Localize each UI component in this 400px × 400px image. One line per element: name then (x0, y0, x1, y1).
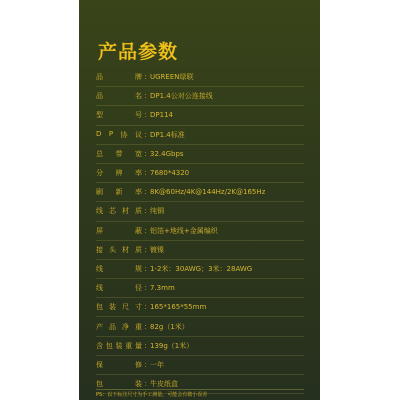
spec-label: 产品净重 (96, 322, 144, 332)
spec-label: 刷新率 (96, 187, 144, 197)
spec-label: DP协议 (96, 130, 144, 140)
divider (96, 389, 304, 390)
spec-value: 165*165*55mm (150, 303, 304, 311)
spec-row: 保修：一年 (96, 356, 304, 375)
spec-label: 品牌 (96, 72, 144, 82)
spec-row: 含包装重量：139g（1米） (96, 337, 304, 356)
spec-row: 型号：DP114 (96, 106, 304, 125)
spec-value: 8K@60Hz/4K@144Hz/2K@165Hz (150, 188, 304, 196)
spec-row: 品名：DP1.4公对公连接线 (96, 87, 304, 106)
spec-label: 含包装重量 (96, 341, 144, 351)
spec-label: 保修 (96, 360, 144, 370)
spec-table: 品牌：UGREEN绿联品名：DP1.4公对公连接线型号：DP114DP协议：DP… (96, 68, 304, 394)
spec-row: 线芯材质：纯铜 (96, 202, 304, 221)
spec-row: 总带宽：32.4Gbps (96, 145, 304, 164)
spec-value: 7680*4320 (150, 169, 304, 177)
spec-row: DP协议：DP1.4标准 (96, 126, 304, 145)
spec-row: 屏蔽：铝箔+地线+金属编织 (96, 222, 304, 241)
product-spec-panel: 产品参数 品牌：UGREEN绿联品名：DP1.4公对公连接线型号：DP114DP… (79, 0, 320, 400)
spec-value: 1-2米：30AWG；3米：28AWG (150, 264, 304, 274)
spec-value: 纯铜 (150, 206, 304, 216)
spec-label: 接头材质 (96, 245, 144, 255)
spec-label: 包装 (96, 379, 144, 389)
spec-row: 线规：1-2米：30AWG；3米：28AWG (96, 260, 304, 279)
spec-value: 牛皮纸盒 (150, 379, 304, 389)
footnote: PS：以下标注尺寸为手工测量，可能会有微小误差 (96, 391, 207, 398)
spec-value: UGREEN绿联 (150, 72, 304, 82)
spec-label: 线规 (96, 264, 144, 274)
spec-row: 线径：7.3mm (96, 279, 304, 298)
spec-label: 屏蔽 (96, 226, 144, 236)
spec-value: DP1.4公对公连接线 (150, 91, 304, 101)
spec-value: 32.4Gbps (150, 150, 304, 158)
spec-row: 品牌：UGREEN绿联 (96, 68, 304, 87)
spec-label: 线径 (96, 283, 144, 293)
spec-value: 镀镍 (150, 245, 304, 255)
spec-value: DP114 (150, 111, 304, 119)
spec-value: 139g（1米） (150, 341, 304, 351)
spec-label: 分辨率 (96, 168, 144, 178)
spec-label: 总带宽 (96, 149, 144, 159)
page-title: 产品参数 (98, 37, 178, 64)
spec-value: 铝箔+地线+金属编织 (150, 226, 304, 236)
spec-value: DP1.4标准 (150, 130, 304, 140)
spec-label: 线芯材质 (96, 206, 144, 216)
spec-label: 型号 (96, 110, 144, 120)
spec-row: 产品净重：82g（1米） (96, 317, 304, 336)
spec-value: 82g（1米） (150, 322, 304, 332)
spec-row: 接头材质：镀镍 (96, 241, 304, 260)
spec-label: 品名 (96, 91, 144, 101)
spec-row: 分辨率：7680*4320 (96, 164, 304, 183)
spec-value: 一年 (150, 360, 304, 370)
spec-label: 包装尺寸 (96, 302, 144, 312)
spec-value: 7.3mm (150, 284, 304, 292)
spec-row: 包装尺寸：165*165*55mm (96, 298, 304, 317)
spec-row: 刷新率：8K@60Hz/4K@144Hz/2K@165Hz (96, 183, 304, 202)
